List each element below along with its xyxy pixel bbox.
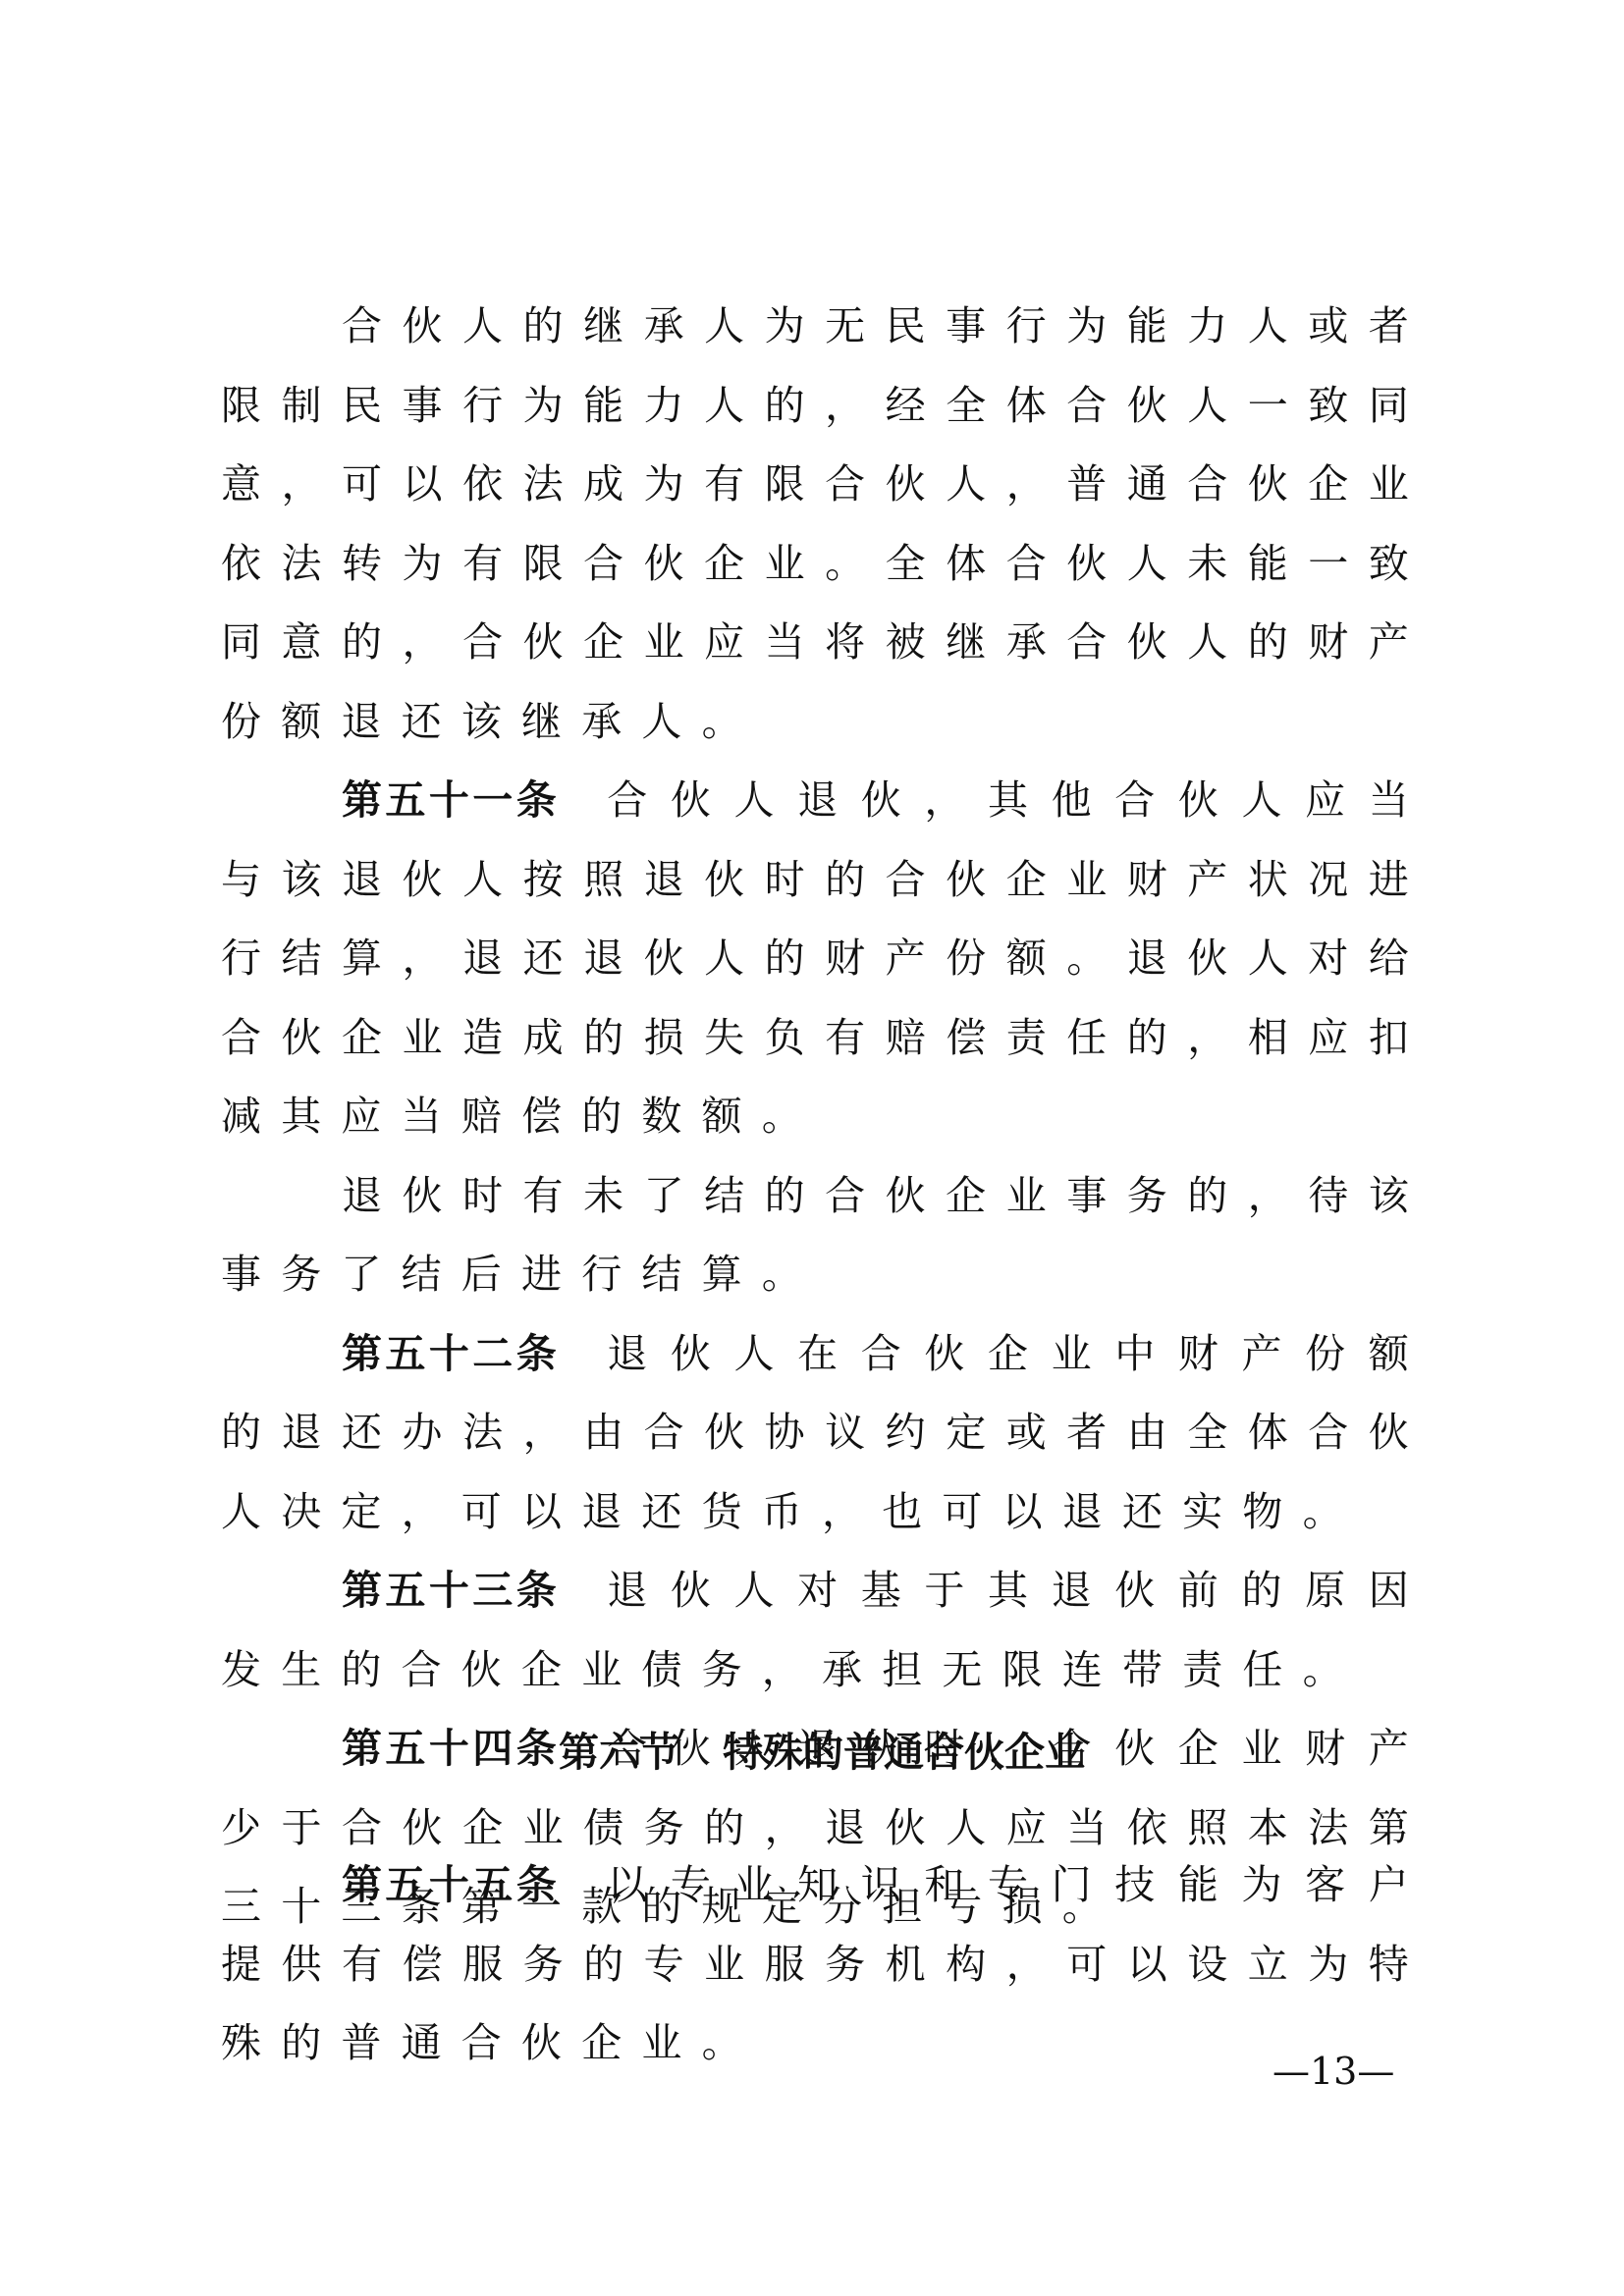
article-51: 第五十一条合伙人退伙，其他合伙人应当与该退伙人按照退伙时的合伙企业财产状况进行结…	[221, 761, 1429, 1156]
body-text-block-top: 合伙人的继承人为无民事行为能力人或者限制民事行为能力人的，经全体合伙人一致同意，…	[221, 287, 1429, 1947]
article-52: 第五十二条退伙人在合伙企业中财产份额的退还办法，由合伙协议约定或者由全体合伙人决…	[221, 1314, 1429, 1552]
paragraph-text: 退伙时有未了结的合伙企业事务的，待该事务了结后进行结算。	[221, 1172, 1429, 1299]
article-title: 第五十三条	[342, 1567, 560, 1614]
article-title: 第五十一条	[342, 776, 560, 824]
paragraph-inheritance-continuation: 合伙人的继承人为无民事行为能力人或者限制民事行为能力人的，经全体合伙人一致同意，…	[221, 287, 1429, 761]
article-title: 第五十二条	[342, 1330, 560, 1377]
section-heading: 第六节特殊的普通合伙企业	[0, 1723, 1624, 1782]
article-text: 合伙人退伙，其他合伙人应当与该退伙人按照退伙时的合伙企业财产状况进行结算，退还退…	[221, 776, 1429, 1140]
section-title: 特殊的普通合伙企业	[723, 1729, 1085, 1776]
section-number: 第六节	[559, 1729, 679, 1776]
article-53: 第五十三条退伙人对基于其退伙前的原因发生的合伙企业债务，承担无限连带责任。	[221, 1551, 1429, 1709]
paragraph-text: 合伙人的继承人为无民事行为能力人或者限制民事行为能力人的，经全体合伙人一致同意，…	[221, 302, 1429, 745]
page-number: —13—	[1272, 2050, 1394, 2093]
body-text-block-bottom: 第五十五条以专业知识和专门技能为客户提供有偿服务的专业服务机构，可以设立为特殊的…	[221, 1845, 1429, 2083]
document-page: 合伙人的继承人为无民事行为能力人或者限制民事行为能力人的，经全体合伙人一致同意，…	[0, 0, 1624, 2296]
article-55: 第五十五条以专业知识和专门技能为客户提供有偿服务的专业服务机构，可以设立为特殊的…	[221, 1845, 1429, 2083]
article-title: 第五十五条	[342, 1861, 560, 1908]
paragraph-settlement-continuation: 退伙时有未了结的合伙企业事务的，待该事务了结后进行结算。	[221, 1156, 1429, 1314]
